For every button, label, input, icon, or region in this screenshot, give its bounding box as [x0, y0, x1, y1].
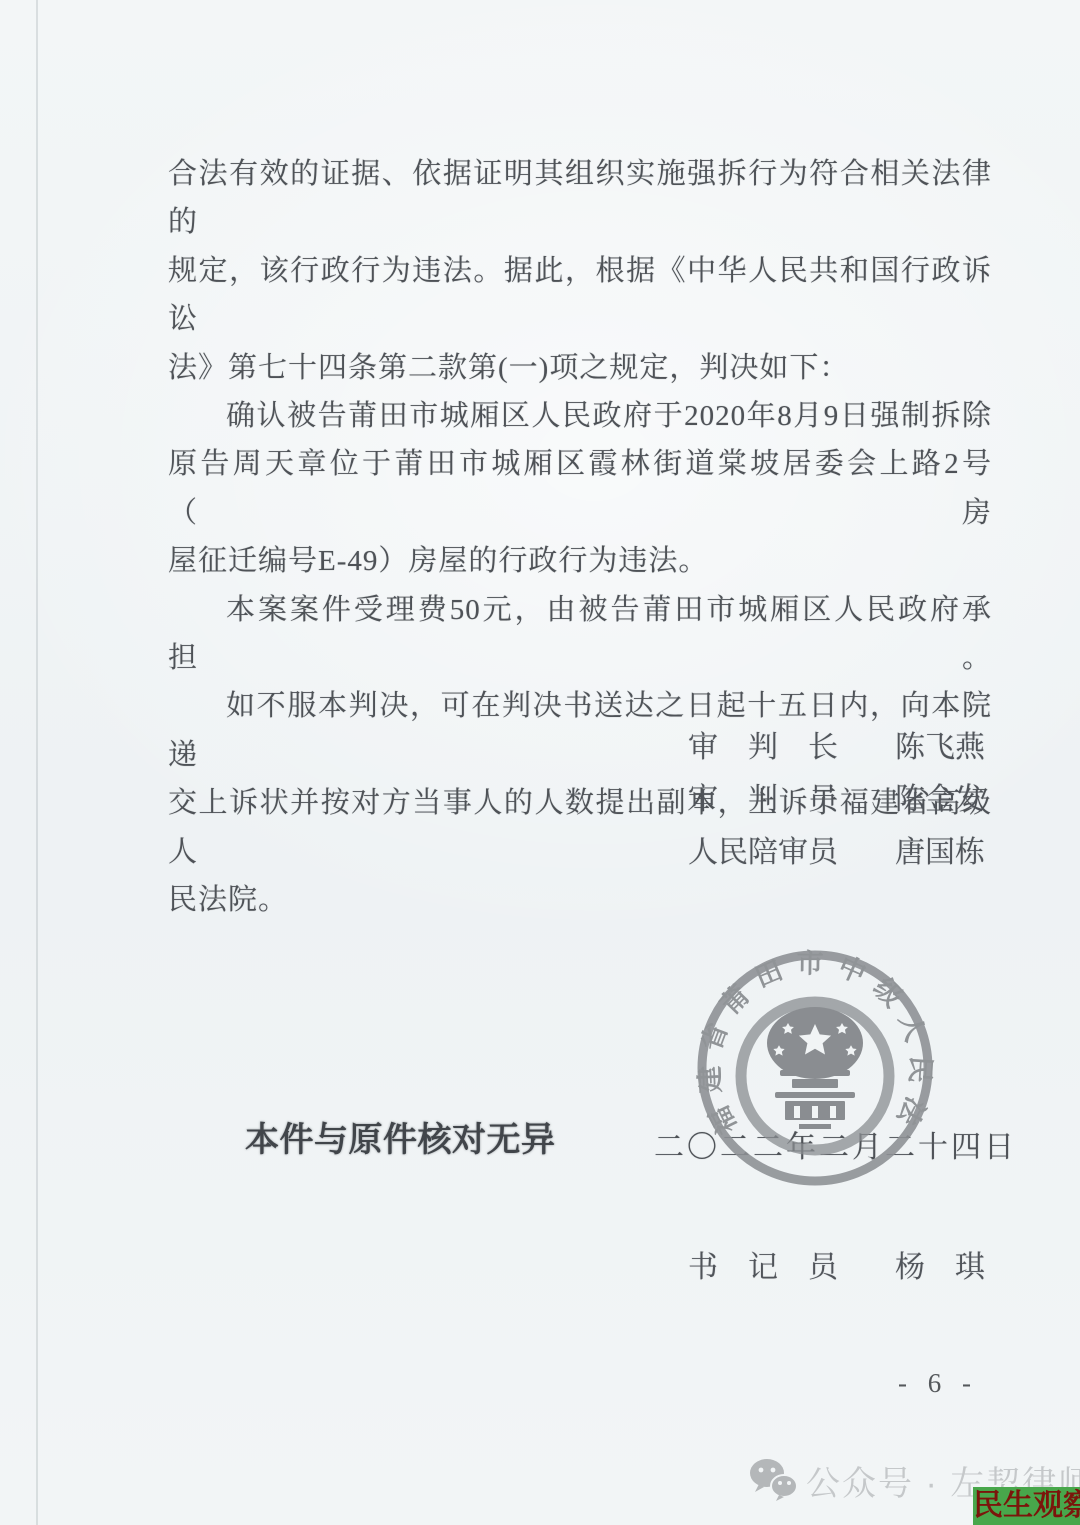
- wechat-icon: [749, 1458, 799, 1502]
- court-seal: 福建省莆田市中级人民法院: [693, 946, 937, 1190]
- signature-name: 唐国栋: [895, 827, 985, 879]
- certification-note: 本件与原件核对无异: [245, 1112, 556, 1161]
- body-line: 原告周天章位于莆田市城厢区霞林街道棠坡居委会上路2号（房: [168, 440, 992, 537]
- body-line: 本案案件受理费50元，由被告莆田市城厢区人民政府承担。: [168, 586, 992, 683]
- signature-role: 人民陪审员: [688, 827, 838, 879]
- body-line: 合法有效的证据、依据证明其组织实施强拆行为符合相关法律的: [168, 150, 992, 247]
- national-emblem-icon: [741, 1002, 889, 1150]
- scan-edge-line: [36, 0, 38, 1525]
- signature-role: 审 判 员: [688, 774, 838, 826]
- signature-row: 审 判 员 陈金发: [688, 774, 985, 826]
- page-number: - 6 -: [898, 1368, 978, 1399]
- signature-row: 审 判 长 陈飞燕: [688, 722, 985, 774]
- scanned-judgment-page: 合法有效的证据、依据证明其组织实施强拆行为符合相关法律的 规定，该行政行为违法。…: [0, 0, 1080, 1525]
- signature-name: 陈飞燕: [895, 722, 985, 774]
- body-line: 规定，该行政行为违法。据此，根据《中华人民共和国行政诉讼: [168, 247, 992, 344]
- clerk-name: 杨 琪: [895, 1242, 985, 1286]
- signature-role: 审 判 长: [688, 722, 838, 774]
- signature-name: 陈金发: [895, 774, 985, 826]
- body-line: 法》第七十四条第二款第(一)项之规定，判决如下：: [168, 344, 992, 392]
- body-line: 屋征迁编号E-49）房屋的行政行为违法。: [168, 537, 992, 585]
- clerk-row: 书 记 员 杨 琪: [688, 1242, 985, 1286]
- clerk-role: 书 记 员: [688, 1242, 838, 1286]
- body-line: 民法院。: [168, 876, 992, 924]
- signature-block: 审 判 长 陈飞燕 审 判 员 陈金发 人民陪审员 唐国栋: [688, 722, 985, 879]
- signature-row: 人民陪审员 唐国栋: [688, 827, 985, 879]
- body-line: 确认被告莆田市城厢区人民政府于2020年8月9日强制拆除: [168, 392, 992, 440]
- observer-badge: 民生观察: [973, 1487, 1080, 1525]
